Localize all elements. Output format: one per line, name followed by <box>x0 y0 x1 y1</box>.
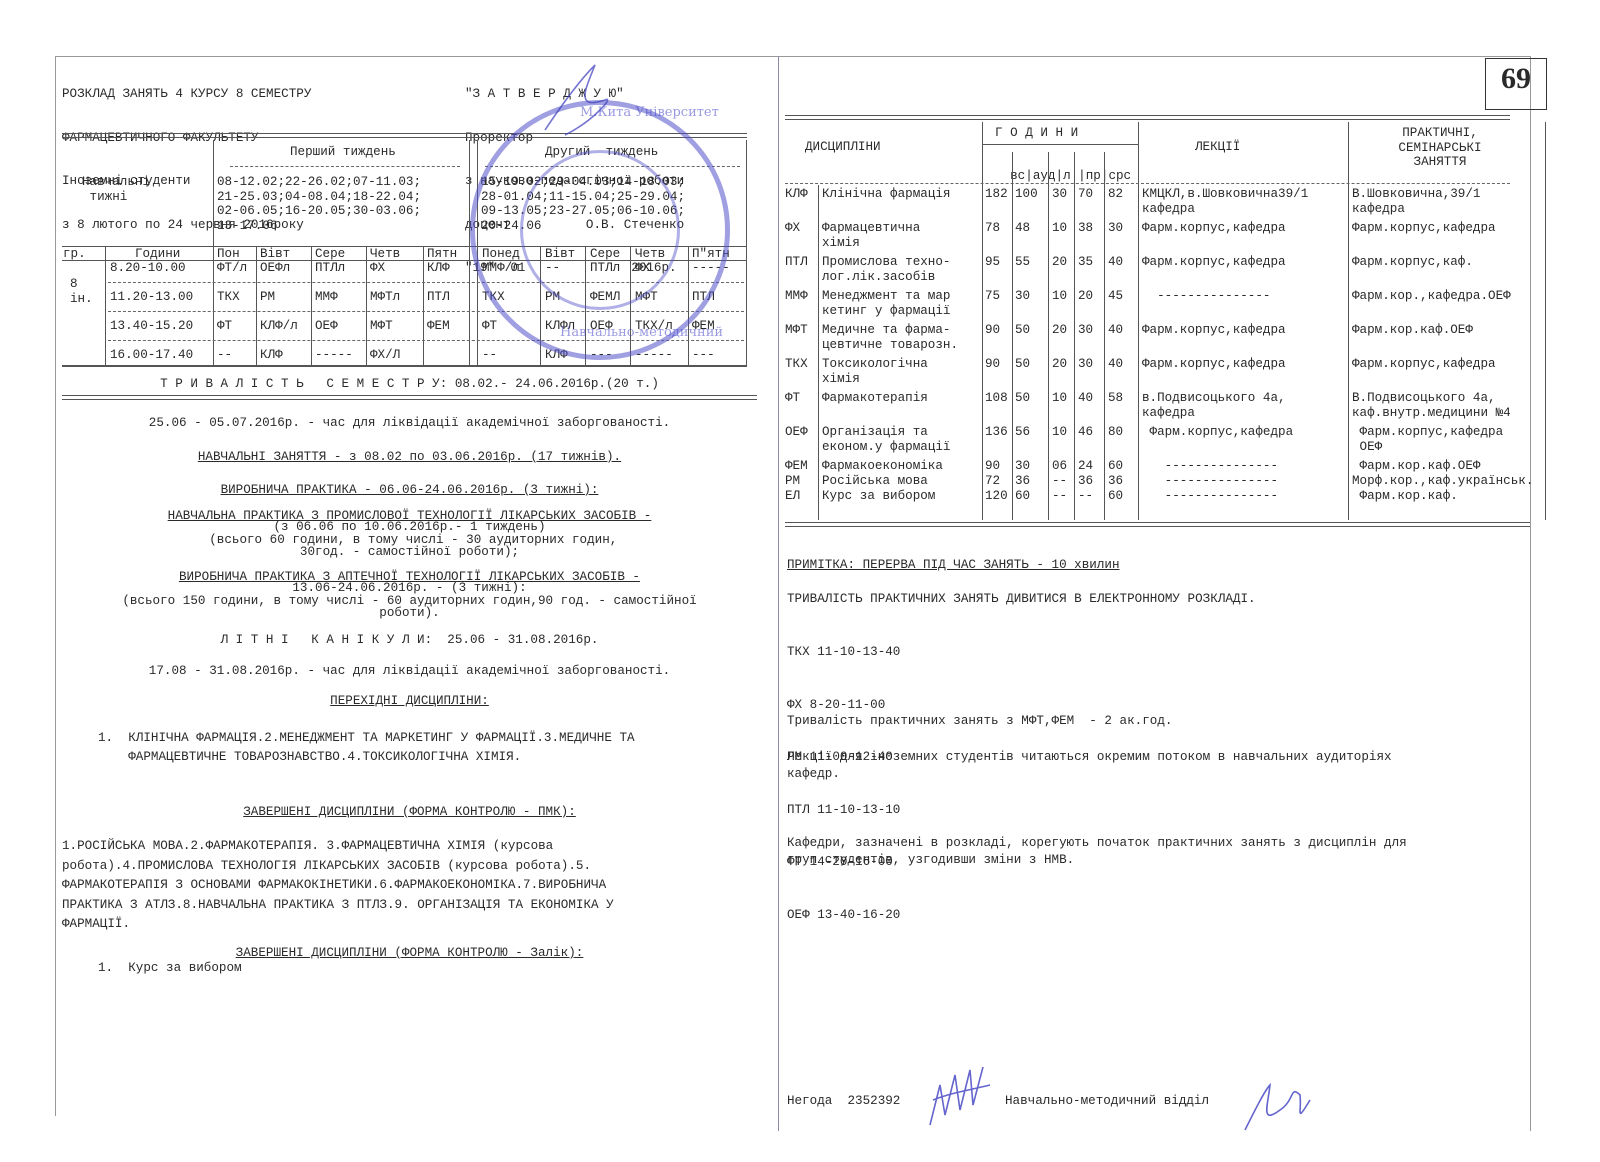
discipline-pr: 70 <box>1078 187 1093 202</box>
discipline-aud: 50 <box>1015 357 1030 372</box>
class-cell: ПТЛл <box>315 261 345 276</box>
header-hours: Г О Д И Н И <box>995 126 1078 141</box>
discipline-total: 78 <box>985 221 1000 236</box>
discipline-practical: Фарм.корпус,кафедра <box>1352 221 1496 236</box>
table-divider <box>469 140 470 366</box>
discipline-lectures: в.Подвисоцького 4а, кафедра <box>1142 391 1286 420</box>
table-divider <box>746 140 747 366</box>
title-line: РОЗКЛАД ЗАНЯТЬ 4 КУРСУ 8 СЕМЕСТРУ <box>62 87 311 102</box>
discipline-code: ПТЛ <box>785 255 808 270</box>
discipline-name: Курс за вибором <box>822 489 935 504</box>
grid-rule <box>62 365 747 367</box>
header-l: л <box>1063 169 1071 183</box>
discipline-name: Фармакотерапія <box>822 391 928 406</box>
weeks-label: Навчальні тижні <box>82 175 150 204</box>
discipline-lectures: --------------- <box>1142 474 1278 489</box>
discipline-name: Російська мова <box>822 474 928 489</box>
discipline-pr: 38 <box>1078 221 1093 236</box>
practical-duration-note: ТРИВАЛІСТЬ ПРАКТИЧНИХ ЗАНЯТЬ ДИВИТИСЯ В … <box>787 592 1256 607</box>
class-cell: ПТЛл <box>590 261 620 276</box>
frame-left-border <box>55 56 56 1116</box>
class-cell: --- <box>590 348 613 363</box>
discipline-name: Токсикологічна хімія <box>822 357 928 386</box>
second-week-dates: 15-19.02;29-04.03;14-18.03; 28-01.04;11-… <box>481 175 685 233</box>
discipline-lectures: Фарм.корпус,кафедра <box>1142 425 1293 440</box>
discipline-name: Менеджмент та мар кетинг у фармації <box>822 289 950 318</box>
completed-pmk-title-text: ЗАВЕРШЕНІ ДИСЦИПЛІНИ (ФОРМА КОНТРОЛЮ - П… <box>243 805 576 819</box>
practical-time: ОЕФ 13-40-16-20 <box>787 907 900 925</box>
discipline-srs: 40 <box>1108 357 1123 372</box>
header-lectures: ЛЕКЦІЇ <box>1195 140 1240 155</box>
completed-zalik-title-text: ЗАВЕРШЕНІ ДИСЦИПЛІНИ (ФОРМА КОНТРОЛЮ - З… <box>236 946 584 960</box>
discipline-code: ЕЛ <box>785 489 800 504</box>
time-slot: 13.40-15.20 <box>110 319 193 334</box>
class-cell: --- <box>692 348 715 363</box>
grid-col <box>585 246 586 366</box>
discipline-practical: Морф.кор.,каф.українськ. <box>1352 474 1533 489</box>
discipline-aud: 60 <box>1015 489 1030 504</box>
discipline-srs: 80 <box>1108 425 1123 440</box>
discipline-l: -- <box>1052 489 1067 504</box>
discipline-lectures: Фарм.корпус,кафедра <box>1142 323 1286 338</box>
header-disciplines: ДИСЦИПЛІНИ <box>805 140 881 155</box>
discipline-l: 10 <box>1052 425 1067 440</box>
pharm-practice-details: 13.06-24.06.2016р. - (3 тижні): (всього … <box>62 582 757 620</box>
group-label: 8 ін. <box>70 277 93 306</box>
discipline-lectures: Фарм.корпус,кафедра <box>1142 221 1286 236</box>
class-cell: ----- <box>315 348 353 363</box>
discipline-code: РМ <box>785 474 800 489</box>
class-cell: ФХ/Л <box>370 348 400 363</box>
time-slot: 8.20-10.00 <box>110 261 186 276</box>
discipline-srs: 45 <box>1108 289 1123 304</box>
class-cell: ММФ <box>315 290 338 305</box>
row-divider <box>108 311 744 312</box>
code-col-divider <box>818 185 819 520</box>
class-cell: ПТЛ <box>427 290 450 305</box>
discipline-total: 90 <box>985 357 1000 372</box>
grid-col <box>540 246 541 366</box>
production-practice: ВИРОБНИЧА ПРАКТИКА - 06.06-24.06.2016р. … <box>62 483 757 498</box>
discipline-total: 95 <box>985 255 1000 270</box>
dash-rule <box>485 166 740 167</box>
double-rule <box>62 133 747 138</box>
table-divider <box>477 140 478 366</box>
class-cell: РМ <box>260 290 275 305</box>
grid-col <box>630 246 631 366</box>
header-pr: пр <box>1086 169 1101 183</box>
class-cell: КЛФ <box>427 261 450 276</box>
discipline-lectures: Фарм.корпус,кафедра <box>1142 255 1286 270</box>
completed-zalik-list: 1. Курс за вибором <box>98 961 242 976</box>
first-week-title: Перший тиждень <box>290 145 396 160</box>
discipline-name: Фармакоекономіка <box>822 459 943 474</box>
class-cell: ПТЛ <box>692 290 715 305</box>
header-srs: срс <box>1108 169 1131 183</box>
discipline-total: 120 <box>985 489 1008 504</box>
transitional-list: 1. КЛІНІЧНА ФАРМАЦІЯ.2.МЕНЕДЖМЕНТ ТА МАР… <box>98 729 635 767</box>
class-cell: РМ <box>545 290 560 305</box>
discipline-aud: 56 <box>1015 425 1030 440</box>
grid-col <box>366 246 367 366</box>
class-cell: ----- <box>635 348 673 363</box>
discipline-lectures: --------------- <box>1142 489 1278 504</box>
completed-pmk-list: 1.РОСІЙСЬКА МОВА.2.ФАРМАКОТЕРАПІЯ. 3.ФАР… <box>62 837 614 935</box>
summer-break: Л І Т Н І К А Н І К У Л И: 25.06 - 31.08… <box>62 633 757 648</box>
double-rule <box>62 395 757 400</box>
day-header: Сере <box>590 247 620 262</box>
col-hours-header: Години <box>135 247 180 262</box>
class-cell: ФХ <box>370 261 385 276</box>
duration-mft-note: Тривалість практичних занять з МФТ,ФЕМ -… <box>787 714 1172 729</box>
discipline-lectures: КМЦКЛ,в.Шовковична39/1 кафедра <box>1142 187 1308 216</box>
discipline-total: 90 <box>985 323 1000 338</box>
day-header: П"ятн <box>692 247 730 262</box>
transitional-title-text: ПЕРЕХІДНІ ДИСЦИПЛІНИ: <box>330 694 489 708</box>
discipline-total: 182 <box>985 187 1008 202</box>
discipline-code: ФХ <box>785 221 800 236</box>
completed-pmk-title: ЗАВЕРШЕНІ ДИСЦИПЛІНИ (ФОРМА КОНТРОЛЮ - П… <box>62 805 757 820</box>
table-divider <box>213 140 214 247</box>
day-header: Четв <box>370 247 400 262</box>
discipline-srs: 82 <box>1108 187 1123 202</box>
discipline-aud: 36 <box>1015 474 1030 489</box>
class-cell: КЛФ/л <box>260 319 298 334</box>
transitional-title: ПЕРЕХІДНІ ДИСЦИПЛІНИ: <box>62 694 757 709</box>
discipline-l: 30 <box>1052 187 1067 202</box>
class-cell: КЛФ <box>260 348 283 363</box>
class-cell: ФЕМ <box>427 319 450 334</box>
class-cell: ТКХ <box>217 290 240 305</box>
discipline-l: 20 <box>1052 255 1067 270</box>
class-cell: ОЕФ <box>315 319 338 334</box>
discipline-practical: Фарм.кор.,кафедра.ОЕФ <box>1352 289 1511 304</box>
discipline-aud: 50 <box>1015 323 1030 338</box>
class-cell: -- <box>545 261 560 276</box>
discipline-code: ФТ <box>785 391 800 406</box>
discipline-aud: 48 <box>1015 221 1030 236</box>
discipline-srs: 60 <box>1108 489 1123 504</box>
hours-col-divider <box>1074 152 1075 520</box>
class-cell: МФТл <box>370 290 400 305</box>
signature-2 <box>1240 1080 1320 1135</box>
day-header: Четв <box>635 247 665 262</box>
discipline-srs: 40 <box>1108 323 1123 338</box>
discipline-pr: 40 <box>1078 391 1093 406</box>
grid-col <box>423 246 424 366</box>
header-practical: ПРАКТИЧНІ, СЕМІНАРСЬКІ ЗАНЯТТЯ <box>1360 126 1520 170</box>
table-rule <box>982 144 1138 145</box>
classes-period: НАВЧАЛЬНІ ЗАНЯТТЯ - з 08.02 по 03.06.201… <box>62 450 757 465</box>
day-header: Понед <box>482 247 520 262</box>
discipline-total: 136 <box>985 425 1008 440</box>
header-aud: ауд <box>1033 169 1056 183</box>
grid-col <box>105 246 106 366</box>
discipline-practical: Фарм.кор.каф. <box>1352 489 1458 504</box>
discipline-pr: 20 <box>1078 289 1093 304</box>
time-slot: 16.00-17.40 <box>110 348 193 363</box>
academic-debt-1: 25.06 - 05.07.2016р. - час для ліквідаці… <box>62 416 757 431</box>
discipline-practical: Фарм.корпус,каф. <box>1352 255 1473 270</box>
discipline-practical: Фарм.кор.каф.ОЕФ <box>1352 323 1473 338</box>
discipline-total: 108 <box>985 391 1008 406</box>
frame-top-border <box>55 56 1530 57</box>
table-col <box>982 122 983 520</box>
discipline-practical: Фарм.кор.каф.ОЕФ <box>1352 459 1480 474</box>
dash-rule <box>785 183 1510 184</box>
discipline-l: 10 <box>1052 289 1067 304</box>
production-practice-text: ВИРОБНИЧА ПРАКТИКА - 06.06-24.06.2016р. … <box>221 483 599 497</box>
stamp-text-bottom: Навчально-методичний <box>560 325 723 340</box>
discipline-l: 20 <box>1052 357 1067 372</box>
discipline-l: 20 <box>1052 323 1067 338</box>
discipline-l: 10 <box>1052 391 1067 406</box>
class-cell: ----- <box>692 261 730 276</box>
footer-contact: Негода 2352392 <box>787 1094 900 1109</box>
double-rule <box>785 522 1530 527</box>
discipline-pr: 30 <box>1078 357 1093 372</box>
discipline-srs: 30 <box>1108 221 1123 236</box>
discipline-aud: 55 <box>1015 255 1030 270</box>
departments-note: Кафедри, зазначені в розкладі, корегують… <box>787 835 1407 869</box>
discipline-l: -- <box>1052 474 1067 489</box>
discipline-pr: 35 <box>1078 255 1093 270</box>
discipline-aud: 30 <box>1015 289 1030 304</box>
discipline-name: Фармацевтична хімія <box>822 221 920 250</box>
day-header: Вівт <box>545 247 575 262</box>
grid-col <box>688 246 689 366</box>
discipline-l: 10 <box>1052 221 1067 236</box>
row-divider <box>108 282 744 283</box>
discipline-code: ФЕМ <box>785 459 808 474</box>
discipline-srs: 58 <box>1108 391 1123 406</box>
discipline-code: КЛФ <box>785 187 808 202</box>
class-cell: КЛФ <box>545 348 568 363</box>
discipline-lectures: --------------- <box>1142 459 1278 474</box>
page-number: 69 <box>1485 58 1547 110</box>
discipline-pr: 46 <box>1078 425 1093 440</box>
discipline-pr: 30 <box>1078 323 1093 338</box>
hours-col-divider <box>1048 152 1049 520</box>
class-cell: -- <box>482 348 497 363</box>
discipline-l: 06 <box>1052 459 1067 474</box>
discipline-practical: Фарм.корпус,кафедра ОЕФ <box>1352 425 1503 454</box>
academic-debt-2: 17.08 - 31.08.2016р. - час для ліквідаці… <box>62 664 757 679</box>
edu-practice-details: (з 06.06 по 10.06.2016р.- 1 тиждень) (вс… <box>62 521 757 559</box>
grid-col <box>311 246 312 366</box>
class-cell: ОЕФл <box>260 261 290 276</box>
break-note: ПРИМІТКА: ПЕРЕРВА ПІД ЧАС ЗАНЯТЬ - 10 хв… <box>787 558 1120 573</box>
discipline-practical: В.Подвисоцького 4а, каф.внутр.медицини №… <box>1352 391 1511 420</box>
discipline-total: 75 <box>985 289 1000 304</box>
grid-col <box>256 246 257 366</box>
class-cell: -- <box>217 348 232 363</box>
class-cell: ФТ <box>217 319 232 334</box>
signature-1 <box>925 1065 995 1130</box>
first-week-dates: 08-12.02;22-26.02;07-11.03; 21-25.03;04-… <box>217 175 421 233</box>
completed-zalik-title: ЗАВЕРШЕНІ ДИСЦИПЛІНИ (ФОРМА КОНТРОЛЮ - З… <box>62 946 757 961</box>
discipline-pr: -- <box>1078 489 1093 504</box>
frame-right-border <box>1530 56 1531 1131</box>
discipline-practical: Фарм.корпус,кафедра <box>1352 357 1496 372</box>
practical-time: ТКХ 11-10-13-40 <box>787 644 900 662</box>
discipline-name: Промислова техно- лог.лік.засобів <box>822 255 950 284</box>
table-col <box>1138 122 1139 520</box>
discipline-code: ТКХ <box>785 357 808 372</box>
approval-signature <box>535 60 625 140</box>
discipline-srs: 40 <box>1108 255 1123 270</box>
class-cell: ФТ/л <box>217 261 247 276</box>
discipline-lectures: --------------- <box>1142 289 1270 304</box>
class-cell: ТКХ <box>482 290 505 305</box>
discipline-name: Клінічна фармація <box>822 187 950 202</box>
discipline-total: 72 <box>985 474 1000 489</box>
lectures-foreign-note: Лекції для іноземних студентів читаються… <box>787 749 1392 783</box>
discipline-srs: 36 <box>1108 474 1123 489</box>
footer-department: Навчально-методичний відділ <box>1005 1094 1209 1109</box>
second-week-title: Другий тиждень <box>545 145 658 160</box>
semester-duration: Т Р И В А Л І С Т Ь С Е М Е С Т Р У: 08.… <box>62 377 757 392</box>
double-rule <box>785 115 1510 120</box>
row-divider <box>108 340 744 341</box>
day-header: Пон <box>217 247 240 262</box>
discipline-practical: В.Шовковична,39/1 кафедра <box>1352 187 1480 216</box>
time-slot: 11.20-13.00 <box>110 290 193 305</box>
header-hours-sub: вс|ауд|л |пр|срс <box>995 154 1131 183</box>
class-cell: ФТ <box>482 319 497 334</box>
day-header: Сере <box>315 247 345 262</box>
discipline-code: ММФ <box>785 289 808 304</box>
discipline-aud: 50 <box>1015 391 1030 406</box>
discipline-srs: 60 <box>1108 459 1123 474</box>
discipline-code: ОЕФ <box>785 425 808 440</box>
discipline-pr: 24 <box>1078 459 1093 474</box>
class-cell: ФХ <box>635 261 650 276</box>
col-group-header: гр. <box>63 247 86 262</box>
discipline-pr: 36 <box>1078 474 1093 489</box>
practical-time: ПТЛ 11-10-13-10 <box>787 802 900 820</box>
class-cell: МФТ <box>370 319 393 334</box>
discipline-lectures: Фарм.корпус,кафедра <box>1142 357 1286 372</box>
discipline-code: МФТ <box>785 323 808 338</box>
hours-col-divider <box>1104 152 1105 520</box>
table-col <box>1348 122 1349 520</box>
frame-center-divider <box>778 56 779 1131</box>
table-col <box>1545 122 1546 520</box>
hours-col-divider <box>1012 152 1013 520</box>
discipline-aud: 100 <box>1015 187 1038 202</box>
class-cell: ММФ/л <box>482 261 520 276</box>
discipline-total: 90 <box>985 459 1000 474</box>
class-cell: МФТ <box>635 290 658 305</box>
day-header: Вівт <box>260 247 290 262</box>
dash-rule <box>230 166 460 167</box>
discipline-name: Організація та економ.у фармації <box>822 425 950 454</box>
practical-time: ФХ 8-20-11-00 <box>787 697 900 715</box>
discipline-aud: 30 <box>1015 459 1030 474</box>
grid-col <box>213 246 214 366</box>
class-cell: ФЕМЛ <box>590 290 620 305</box>
discipline-name: Медичне та фарма- цевтичне товарозн. <box>822 323 958 352</box>
day-header: Пятн <box>427 247 457 262</box>
